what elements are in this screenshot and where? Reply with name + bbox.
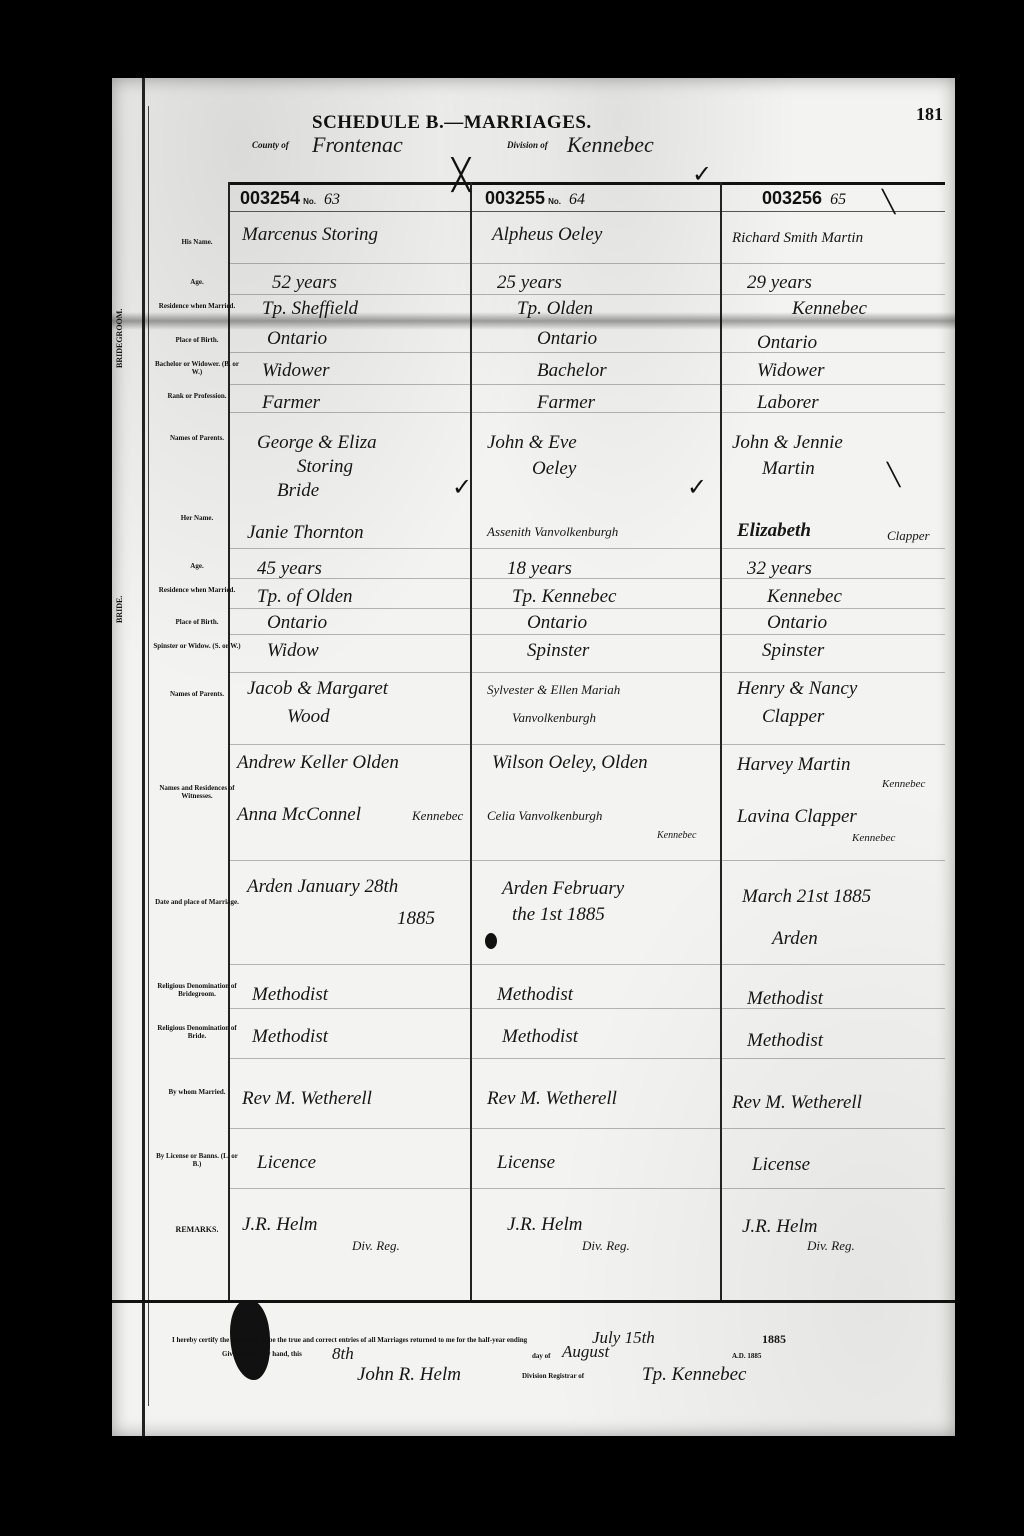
e3-bride-parents-2: Clapper (762, 706, 824, 728)
county-label: County of (252, 140, 289, 150)
e3-bride-status: Spinster (762, 640, 824, 662)
registrar-of-value: Tp. Kennebec (642, 1364, 746, 1386)
e3-rank: Laborer (757, 392, 819, 414)
month-value: August (562, 1342, 609, 1362)
e3-remarks-1: J.R. Helm (742, 1216, 817, 1238)
e1-his-name: Marcenus Storing (242, 224, 378, 246)
e2-status: Bachelor (537, 360, 607, 382)
e2-remarks-2: Div. Reg. (582, 1238, 630, 1254)
division-label: Division of (507, 140, 548, 150)
e1-witness-2: Anna McConnel (237, 804, 361, 826)
e3-license: License (752, 1154, 810, 1176)
page-title: SCHEDULE B.—MARRIAGES. (312, 112, 592, 134)
e3-bride-parents-1: Henry & Nancy (737, 678, 857, 700)
e1-bride-residence: Tp. of Olden (257, 586, 353, 608)
e2-by-whom: Rev M. Wetherell (487, 1088, 617, 1110)
row-line (230, 352, 945, 353)
e1-witness-1: Andrew Keller Olden (237, 752, 399, 774)
e1-bride-parents-2: Wood (287, 706, 330, 728)
label-religion-groom: Religious Denomination of Bridegroom. (152, 982, 242, 998)
label-age-bride: Age. (152, 562, 242, 570)
col-divider-2 (720, 182, 722, 1300)
e3-bride-residence: Kennebec (767, 586, 842, 608)
document-page: SCHEDULE B.—MARRIAGES. 181 County of Fro… (112, 78, 955, 1436)
entry-3-number: 00325665 (762, 188, 846, 209)
row-line (230, 548, 945, 549)
label-remarks: REMARKS. (152, 1226, 242, 1234)
e2-residence: Tp. Olden (517, 298, 593, 320)
checkmark-icon: ✓ (692, 160, 712, 188)
row-line (230, 384, 945, 385)
row-line (230, 744, 945, 745)
e2-parents-2: Oeley (532, 458, 576, 480)
label-her-name: Her Name. (152, 514, 242, 522)
e3-bride-age: 32 years (747, 558, 812, 580)
e2-birth: Ontario (537, 328, 597, 350)
e1-bride-parents-1: Jacob & Margaret (247, 678, 388, 700)
checkmark-x-icon: ╳ (452, 158, 470, 193)
e3-parents-2: Martin (762, 458, 815, 480)
header-rule-top (230, 182, 945, 185)
e1-bride-status: Widow (267, 640, 319, 662)
e1-parents-2: Storing (297, 456, 353, 478)
entry-3-reg-no: 003256 (762, 188, 822, 208)
label-rank: Rank or Profession. (152, 392, 242, 400)
entry-1-no: 63 (324, 191, 340, 208)
registrar-signature: John R. Helm (357, 1364, 461, 1386)
e3-bride-birth: Ontario (767, 612, 827, 634)
tick-mark-icon: ╲ (882, 190, 895, 215)
row-line (230, 634, 945, 635)
e2-rank: Farmer (537, 392, 595, 414)
label-birth-groom: Place of Birth. (152, 336, 242, 344)
e3-parents-1: John & Jennie (732, 432, 843, 454)
label-age: Age. (152, 278, 242, 286)
e3-his-name: Richard Smith Martin (732, 230, 863, 247)
e3-date-1: March 21st 1885 (742, 886, 871, 908)
e3-her-name: Elizabeth (737, 520, 811, 542)
row-line (230, 1188, 945, 1189)
col-divider-1 (470, 182, 472, 1300)
county-value: Frontenac (312, 132, 403, 158)
e1-parents-1: George & Eliza (257, 432, 377, 454)
e2-her-name: Assenith Vanvolkenburgh (487, 524, 618, 540)
e1-date-1: Arden January 28th (247, 876, 398, 898)
division-value: Kennebec (567, 132, 654, 158)
label-spinster-widow: Spinster or Widow. (S. or W.) (152, 642, 242, 650)
e1-remarks-2: Div. Reg. (352, 1238, 400, 1254)
label-his-name: His Name. (152, 238, 242, 246)
entry-1-no-label: No. (303, 197, 316, 206)
e1-bride-note: Bride (277, 480, 319, 502)
e3-age: 29 years (747, 272, 812, 294)
e1-license: Licence (257, 1152, 316, 1174)
col-divider-labels (228, 182, 230, 1300)
e2-parents-1: John & Eve (487, 432, 577, 454)
e2-license: License (497, 1152, 555, 1174)
e3-religion-groom: Methodist (747, 988, 823, 1010)
header-rule-bottom (230, 211, 945, 212)
e2-religion-groom: Methodist (497, 984, 573, 1006)
e1-birth: Ontario (267, 328, 327, 350)
bride-side-label: BRIDE. (115, 596, 124, 623)
entry-2-no-label: No. (548, 197, 561, 206)
e2-bride-age: 18 years (507, 558, 572, 580)
bridegroom-side-label: BRIDEGROOM. (115, 309, 124, 368)
e1-religion-groom: Methodist (252, 984, 328, 1006)
e2-remarks-1: J.R. Helm (507, 1214, 582, 1236)
entry-2-reg-no: 003255 (485, 188, 545, 208)
tick-mark-icon: ╲ (887, 463, 900, 488)
e2-witness-2: Celia Vanvolkenburgh (487, 808, 602, 824)
e3-her-name-2: Clapper (887, 528, 930, 544)
entry-2-number: 003255No.64 (485, 188, 585, 209)
checkmark-icon: ✓ (687, 473, 707, 501)
e3-witness-1-res: Kennebec (882, 778, 925, 790)
label-license-banns: By License or Banns. (L. or B.) (152, 1152, 242, 1168)
e2-religion-bride: Methodist (502, 1026, 578, 1048)
division-registrar-label: Division Registrar of (522, 1372, 584, 1380)
label-parents-bride: Names of Parents. (152, 690, 242, 698)
e1-by-whom: Rev M. Wetherell (242, 1088, 372, 1110)
label-parents-groom: Names of Parents. (152, 434, 242, 442)
entry-3-no: 65 (830, 191, 846, 208)
certification-text: I hereby certify the foregoing to be the… (172, 1336, 527, 1344)
entry-2-no: 64 (569, 191, 585, 208)
e3-status: Widower (757, 360, 825, 382)
e1-her-name: Janie Thornton (247, 522, 364, 544)
e2-date-1: Arden February (502, 878, 624, 900)
row-line (230, 672, 945, 673)
row-line (230, 578, 945, 579)
margin-rule-inner (148, 106, 149, 1406)
e2-his-name: Alpheus Oeley (492, 224, 602, 246)
row-line (230, 608, 945, 609)
row-line (230, 1128, 945, 1129)
e3-witness-2-res: Kennebec (852, 832, 895, 844)
e2-bride-parents-1: Sylvester & Ellen Mariah (487, 682, 620, 698)
checkmark-icon: ✓ (452, 473, 472, 501)
e1-status: Widower (262, 360, 330, 382)
label-residence-groom: Residence when Married. (152, 302, 242, 310)
ink-blot (485, 933, 497, 949)
label-witnesses: Names and Residences of Witnesses. (152, 784, 242, 800)
e3-date-2: Arden (772, 928, 818, 950)
label-residence-bride: Residence when Married. (152, 586, 242, 594)
e1-rank: Farmer (262, 392, 320, 414)
given-under-hand-label: Given under my hand, this (222, 1350, 302, 1358)
e3-religion-bride: Methodist (747, 1030, 823, 1052)
e2-bride-birth: Ontario (527, 612, 587, 634)
e2-witness-1: Wilson Oeley, Olden (492, 752, 648, 774)
e3-by-whom: Rev M. Wetherell (732, 1092, 862, 1114)
row-line (230, 263, 945, 264)
row-line (230, 964, 945, 965)
e3-birth: Ontario (757, 332, 817, 354)
e2-age: 25 years (497, 272, 562, 294)
row-line (230, 1008, 945, 1009)
label-date-place: Date and place of Marriage. (152, 898, 242, 906)
page-number: 181 (916, 104, 943, 125)
year-value: 1885 (762, 1332, 786, 1347)
e1-bride-age: 45 years (257, 558, 322, 580)
row-line (230, 294, 945, 295)
label-religion-bride: Religious Denomination of Bride. (152, 1024, 242, 1040)
e1-residence: Tp. Sheffield (262, 298, 358, 320)
e1-age: 52 years (272, 272, 337, 294)
e1-date-2: 1885 (397, 908, 435, 930)
entry-1-reg-no: 003254 (240, 188, 300, 208)
label-by-whom: By whom Married. (152, 1088, 242, 1096)
row-line (230, 860, 945, 861)
label-bachelor-widower: Bachelor or Widower. (B. or W.) (152, 360, 242, 376)
e2-bride-status: Spinster (527, 640, 589, 662)
e1-religion-bride: Methodist (252, 1026, 328, 1048)
e3-witness-2: Lavina Clapper (737, 806, 857, 828)
entry-1-number: 003254No.63 (240, 188, 340, 209)
margin-rule (142, 78, 145, 1436)
e1-remarks-1: J.R. Helm (242, 1214, 317, 1236)
label-birth-bride: Place of Birth. (152, 618, 242, 626)
e1-bride-birth: Ontario (267, 612, 327, 634)
row-line (230, 1058, 945, 1059)
e2-date-2: the 1st 1885 (512, 904, 605, 926)
day-of-label: day of (532, 1352, 550, 1360)
e3-residence: Kennebec (792, 298, 867, 320)
e3-remarks-2: Div. Reg. (807, 1238, 855, 1254)
e2-witness-2-res: Kennebec (657, 830, 696, 841)
e2-bride-parents-2: Vanvolkenburgh (512, 710, 596, 726)
e1-witness-2-res: Kennebec (412, 808, 463, 824)
e3-witness-1: Harvey Martin (737, 754, 850, 776)
e2-bride-residence: Tp. Kennebec (512, 586, 616, 608)
day-value: 8th (332, 1344, 354, 1364)
ad-year: A.D. 1885 (732, 1352, 761, 1360)
